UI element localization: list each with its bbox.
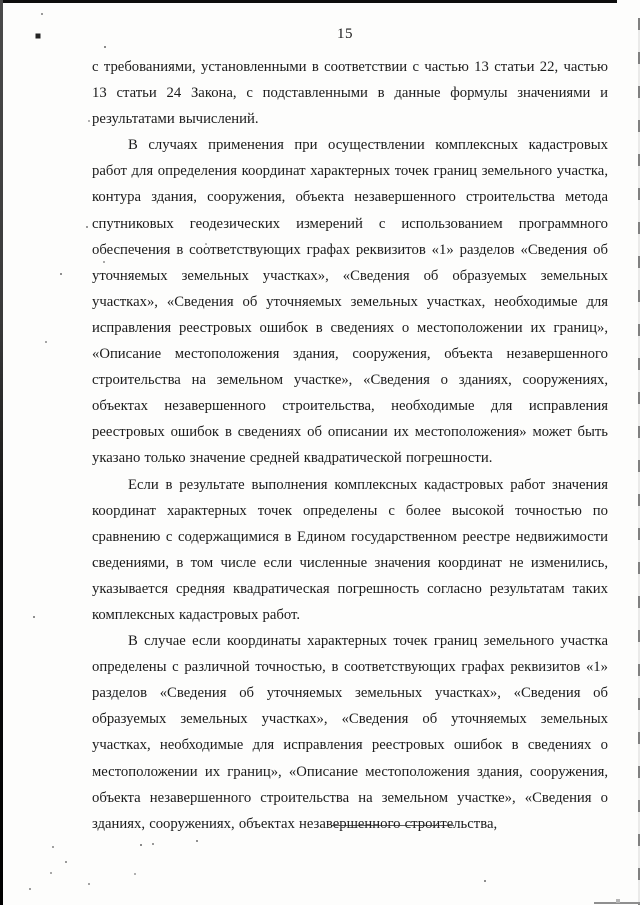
paragraph-4: В случае если координаты характерных точ… <box>92 628 608 837</box>
scanned-document-page: 15 с требованиями, установленными в соот… <box>0 0 640 905</box>
scan-border-top <box>0 0 617 3</box>
scan-border-left <box>0 0 3 905</box>
scan-corner-mark <box>594 902 640 904</box>
paragraph-3: Если в результате выполнения комплексных… <box>92 472 608 629</box>
scan-noise-speckles <box>0 0 2 2</box>
paragraph-1: с требованиями, установленными в соответ… <box>92 54 608 132</box>
page-number: 15 <box>337 26 353 43</box>
scan-artifact-underline <box>332 825 454 826</box>
document-text: с требованиями, установленными в соответ… <box>92 54 608 837</box>
paragraph-2: В случаях применения при осуществлении к… <box>92 132 608 471</box>
